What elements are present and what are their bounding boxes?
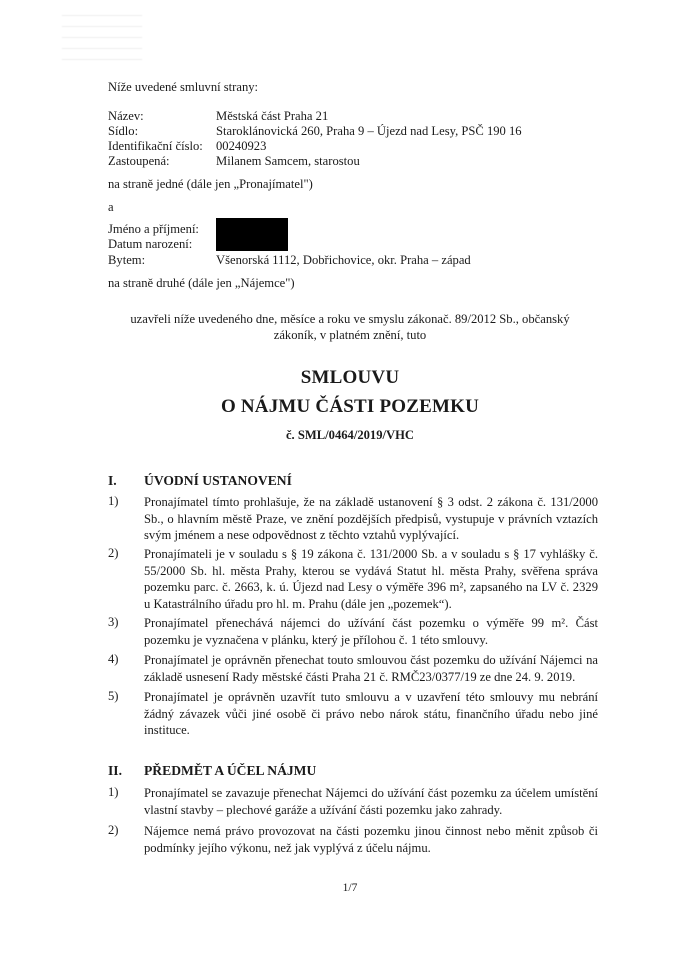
field-label: Bytem:	[108, 253, 216, 268]
clause-number: 4)	[108, 652, 119, 667]
clause-number: 1)	[108, 785, 119, 800]
section-title: ÚVODNÍ USTANOVENÍ	[144, 473, 292, 488]
conjunction: a	[108, 200, 114, 215]
party-row: Sídlo:Staroklánovická 260, Praha 9 – Úje…	[108, 124, 522, 139]
field-value: 00240923	[216, 139, 266, 154]
clause-number: 3)	[108, 615, 119, 630]
clause: 2) Nájemce nemá právo provozovat na část…	[108, 823, 598, 856]
clause-text: Pronajímateli je v souladu s § 19 zákona…	[144, 546, 598, 612]
party-row: Název:Městská část Praha 21	[108, 109, 328, 124]
section-heading: II.PŘEDMĚT A ÚČEL NÁJMU	[108, 763, 316, 779]
intro-text: Níže uvedené smluvní strany:	[108, 80, 258, 95]
clause: 5) Pronajímatel je oprávněn uzavřít tuto…	[108, 689, 598, 739]
section-title: PŘEDMĚT A ÚČEL NÁJMU	[144, 763, 316, 778]
clause-text: Pronajímatel je oprávněn přenechat touto…	[144, 652, 598, 685]
party-row: Datum narození:	[108, 237, 216, 252]
field-value: Milanem Samcem, starostou	[216, 154, 360, 169]
landlord-role: na straně jedné (dále jen „Pronajímatel"…	[108, 177, 313, 192]
clause-number: 5)	[108, 689, 119, 704]
field-label: Identifikační číslo:	[108, 139, 216, 154]
field-value: Staroklánovická 260, Praha 9 – Újezd nad…	[216, 124, 522, 139]
clause-text: Pronajímatel tímto prohlašuje, že na zák…	[144, 494, 598, 544]
party-row: Bytem:Všenorská 1112, Dobřichovice, okr.…	[108, 253, 471, 268]
clause-number: 2)	[108, 546, 119, 561]
field-label: Datum narození:	[108, 237, 216, 252]
page-number: 1/7	[300, 882, 400, 894]
clause-number: 2)	[108, 823, 119, 838]
section-heading: I.ÚVODNÍ USTANOVENÍ	[108, 473, 292, 489]
contract-number: č. SML/0464/2019/VHC	[120, 428, 580, 443]
clause: 1) Pronajímatel se zavazuje přenechat Ná…	[108, 785, 598, 818]
clause: 4) Pronajímatel je oprávněn přenechat to…	[108, 652, 598, 685]
clause: 1) Pronajímatel tímto prohlašuje, že na …	[108, 494, 598, 544]
party-row: Identifikační číslo:00240923	[108, 139, 266, 154]
field-label: Název:	[108, 109, 216, 124]
party-row: Zastoupená:Milanem Samcem, starostou	[108, 154, 360, 169]
field-value: Všenorská 1112, Dobřichovice, okr. Praha…	[216, 253, 471, 268]
field-label: Sídlo:	[108, 124, 216, 139]
preamble-line: zákoník, v platném znění, tuto	[110, 328, 590, 343]
document-title: SMLOUVU	[120, 367, 580, 389]
clause-text: Pronajímatel se zavazuje přenechat Nájem…	[144, 785, 598, 818]
section-number: I.	[108, 473, 144, 489]
redaction-box	[216, 218, 288, 251]
field-label: Jméno a příjmení:	[108, 222, 216, 237]
document-subtitle: O NÁJMU ČÁSTI POZEMKU	[120, 396, 580, 418]
clause: 3) Pronajímatel přenechává nájemci do už…	[108, 615, 598, 648]
field-value: Městská část Praha 21	[216, 109, 328, 124]
clause-text: Nájemce nemá právo provozovat na části p…	[144, 823, 598, 856]
clause: 2) Pronajímateli je v souladu s § 19 zák…	[108, 546, 598, 612]
field-label: Zastoupená:	[108, 154, 216, 169]
clause-text: Pronajímatel přenechává nájemci do užívá…	[144, 615, 598, 648]
section-number: II.	[108, 763, 144, 779]
faint-stamp	[62, 8, 142, 70]
tenant-role: na straně druhé (dále jen „Nájemce")	[108, 276, 295, 291]
clause-text: Pronajímatel je oprávněn uzavřít tuto sm…	[144, 689, 598, 739]
preamble-line: uzavřeli níže uvedeného dne, měsíce a ro…	[110, 312, 590, 327]
party-row: Jméno a příjmení:	[108, 222, 216, 237]
clause-number: 1)	[108, 494, 119, 509]
